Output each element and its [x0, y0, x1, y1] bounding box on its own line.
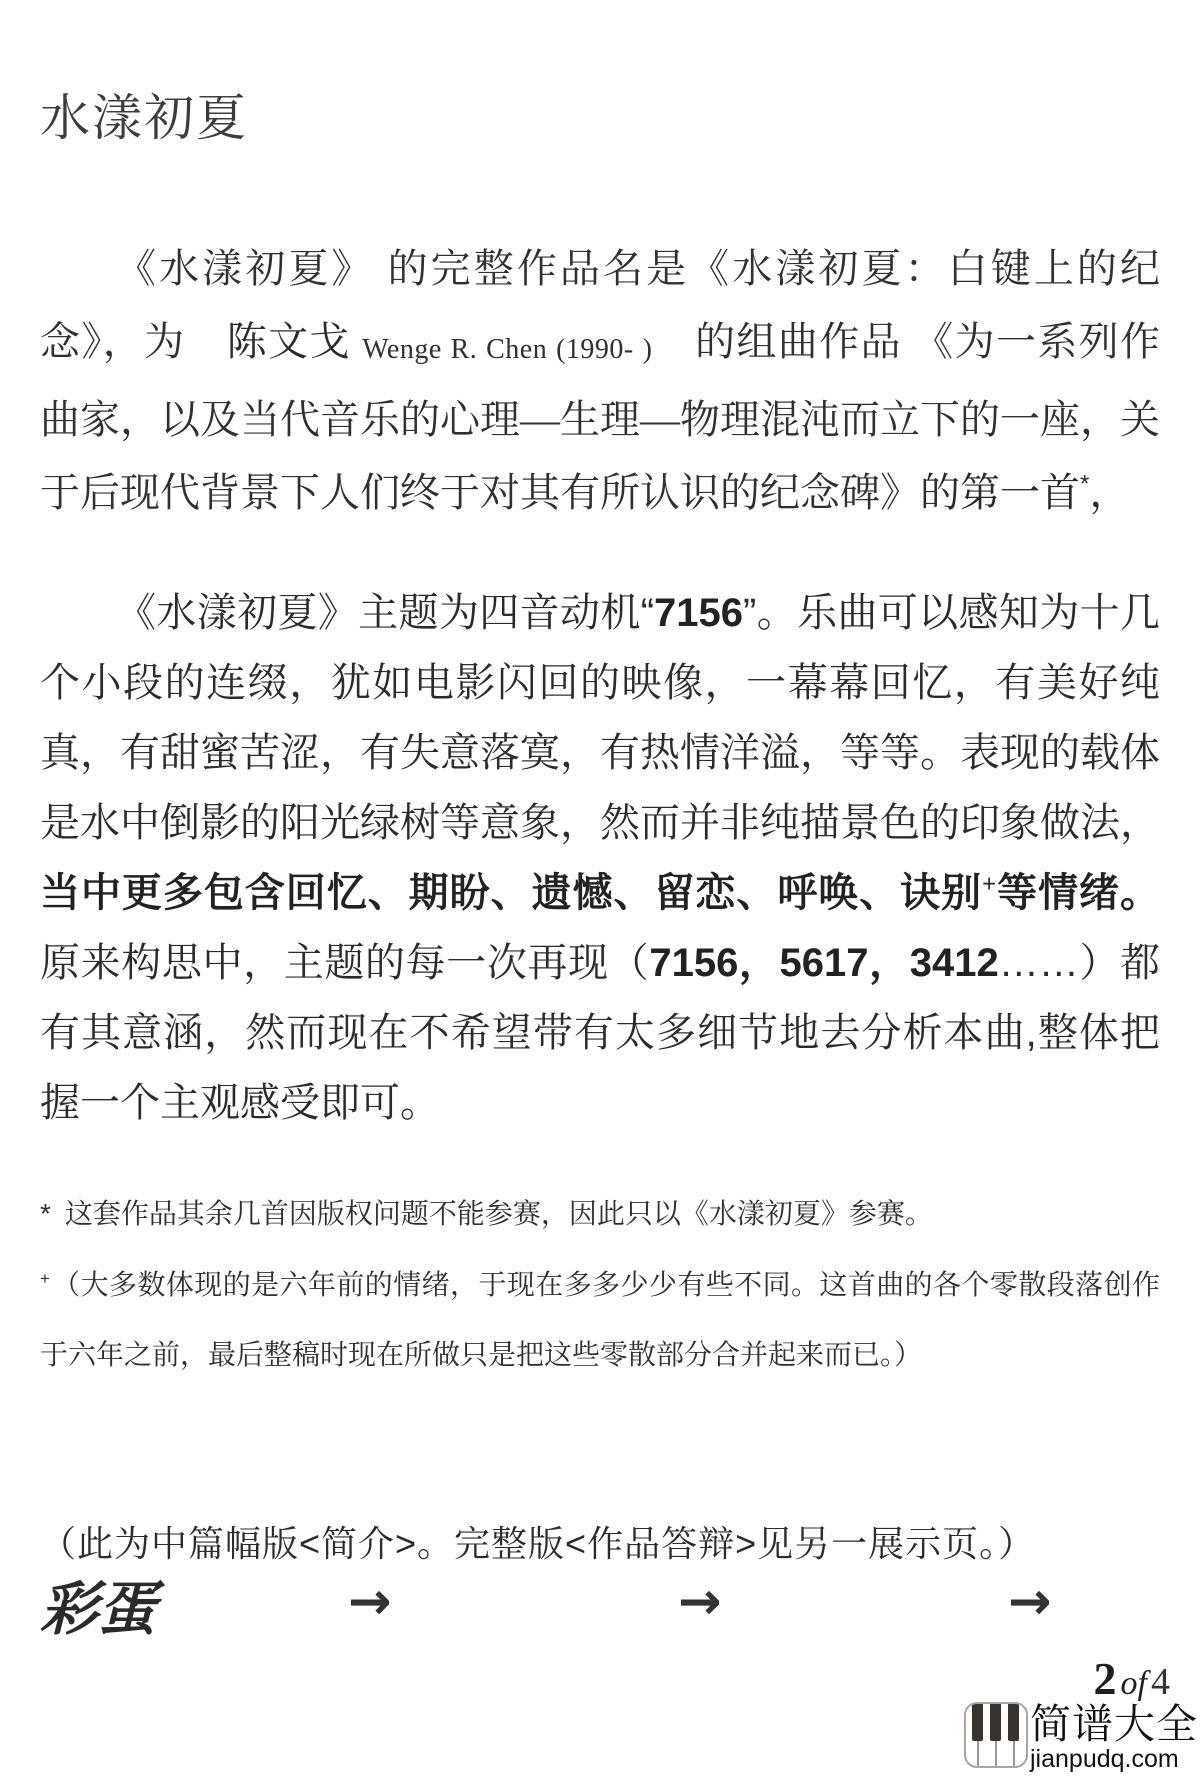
desc-seg3: 原来构思中，主题的每一次再现（: [40, 941, 649, 985]
footnote-plus-text: （大多数体现的是六年前的情绪，于现在多多少少有些不同。这首曲的各个零散段落创作于…: [40, 1269, 1160, 1370]
arrow-right-icon: →: [1008, 1572, 1052, 1632]
arrow-right-icon: →: [678, 1572, 722, 1632]
intro-comma: ，: [1089, 471, 1129, 515]
brand-name: 简谱大全: [1030, 1702, 1198, 1746]
footnote-asterisk: *这套作品其余几首因版权问题不能参赛，因此只以《水漾初夏》参赛。: [40, 1194, 1160, 1234]
page-number-of: of: [1121, 1665, 1147, 1702]
footnote-asterisk-marker: *: [40, 1198, 51, 1229]
intro-tail: 的第一首: [920, 471, 1080, 515]
footnote-plus-marker: +: [40, 1269, 50, 1288]
piano-icon: [964, 1702, 1028, 1768]
desc-seg1: 《水漾初夏》主题为四音动机“: [116, 591, 654, 635]
brand-logo[interactable]: 简谱大全 jianpudq.com: [964, 1702, 1198, 1773]
page-number-total: 4: [1151, 1661, 1170, 1703]
version-note: （此为中篇幅版<简介>。完整版<作品答辩>见另一展示页。）: [40, 1518, 1160, 1570]
recurrence-numbers: 7156，5617，3412: [649, 941, 998, 985]
easter-egg-label: 彩蛋: [40, 1562, 156, 1646]
arrow-right-icon: →: [348, 1572, 392, 1632]
brand-url: jianpudq.com: [1030, 1746, 1198, 1773]
footnote-marker-asterisk: *: [1080, 471, 1089, 498]
description-paragraph: 《水漾初夏》主题为四音动机“7156”。乐曲可以感知为十几个小段的连缀，犹如电影…: [40, 578, 1160, 1138]
document-page: 水漾初夏 《水漾初夏》 的完整作品名是《水漾初夏：白键上的纪念》，为 陈文戈 W…: [0, 0, 1200, 1784]
footnote-marker-plus: +: [982, 871, 996, 898]
page-title: 水漾初夏: [40, 88, 1160, 148]
motif-number: 7156: [654, 591, 743, 635]
footnote-asterisk-text: 这套作品其余几首因版权问题不能参赛，因此只以《水漾初夏》参赛。: [65, 1198, 933, 1229]
composer-name-en: Wenge R. Chen (1990- ): [362, 334, 652, 365]
brand-text: 简谱大全 jianpudq.com: [1030, 1702, 1198, 1773]
page-number: 2of4: [1094, 1652, 1170, 1705]
emphasis-text: 当中更多包含回忆、期盼、遗憾、留恋、呼唤、诀别: [40, 871, 982, 915]
intro-paragraph: 《水漾初夏》 的完整作品名是《水漾初夏：白键上的纪念》，为 陈文戈 Wenge …: [40, 232, 1160, 530]
composer-name-cn: 陈文戈: [227, 320, 351, 364]
page-number-current: 2: [1094, 1653, 1117, 1704]
footnote-plus: +（大多数体现的是六年前的情绪，于现在多多少少有些不同。这首曲的各个零散段落创作…: [40, 1250, 1160, 1390]
emphasis-tail: 等情绪。: [996, 871, 1160, 915]
